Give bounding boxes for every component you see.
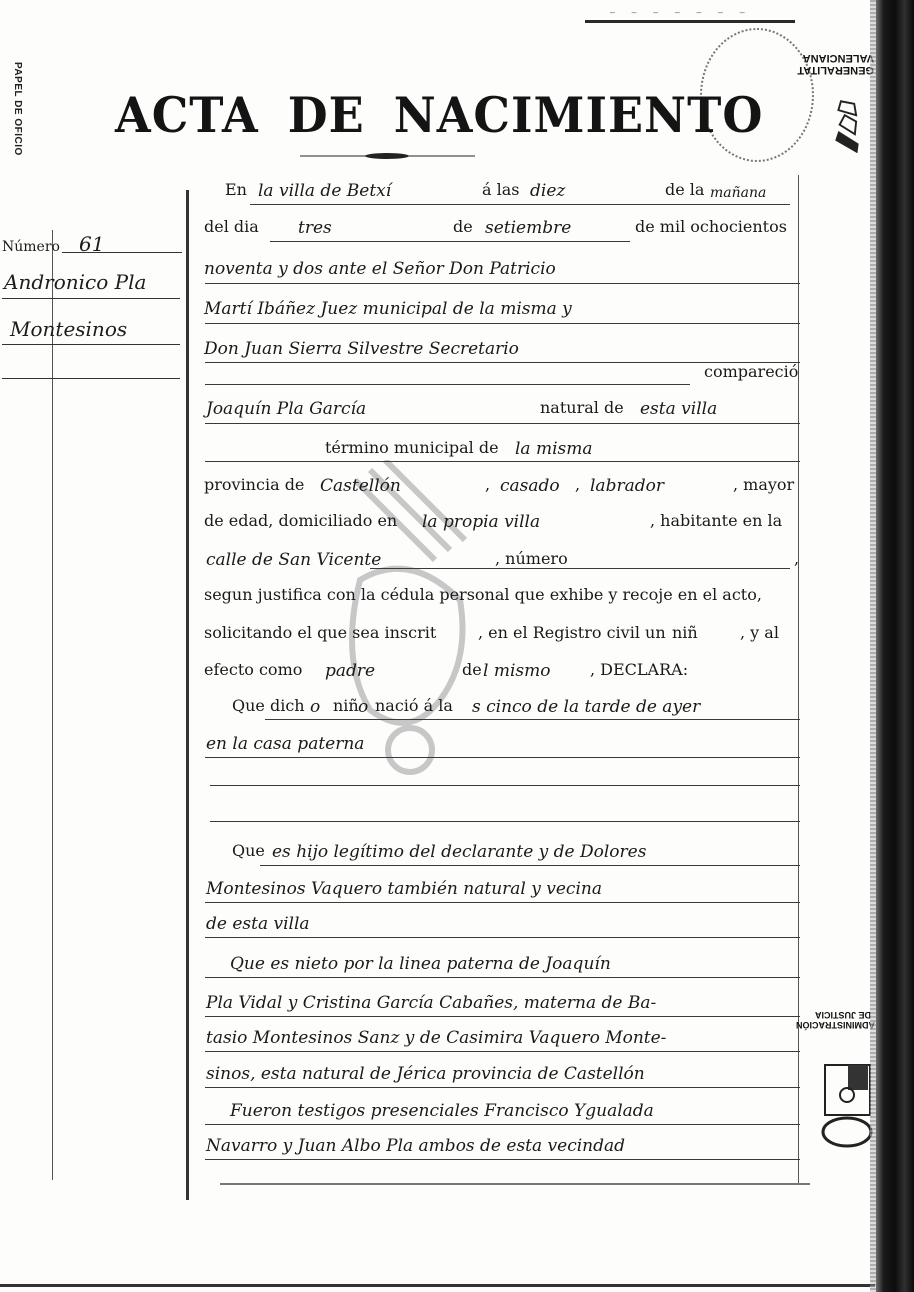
hw-place: la villa de Betxí — [258, 181, 391, 201]
text-solicitando: solicitando el que sea inscrit — [204, 623, 436, 642]
text-termino: término municipal de — [325, 438, 499, 457]
hw-suffix: o — [358, 697, 368, 717]
rule-18-blank — [210, 821, 800, 822]
text-natural-de: natural de — [540, 398, 624, 417]
text-del-dia: del dia — [204, 217, 259, 236]
hw-day: tres — [298, 218, 332, 238]
body-line-9: provincia de Castellón , casado , labrad… — [210, 470, 800, 500]
body-line-22: tasio Montesinos Sanz y de Casimira Vaqu… — [210, 1022, 800, 1052]
hw-text: noventa y dos ante el Señor Don Patricio — [204, 259, 556, 279]
generalitat-logo-icon — [818, 100, 874, 195]
rule-16 — [205, 757, 800, 758]
rule-4 — [205, 323, 800, 324]
body-line-17: Que es hijo legítimo del declarante y de… — [210, 836, 800, 866]
text-a-las: á las — [482, 180, 520, 199]
rule-24 — [205, 1124, 800, 1125]
hw-declarant: Joaquín Pla García — [206, 399, 366, 419]
text-efecto-como: efecto como — [204, 660, 302, 679]
birth-certificate-page: — — — — — — — PAPEL DE OFICIO ACTA DE NA… — [0, 0, 914, 1292]
hw-suffix: o — [310, 697, 320, 717]
body-line-23: sinos, esta natural de Jérica provincia … — [210, 1058, 800, 1088]
hw-month: setiembre — [485, 218, 571, 238]
body-line-1: En la villa de Betxí á las diez de la ma… — [210, 175, 800, 205]
hw-municipality: la misma — [515, 439, 593, 459]
body-line-12: segun justifica con la cédula personal q… — [210, 580, 800, 610]
rule-1 — [250, 204, 790, 205]
body-line-21: Pla Vidal y Cristina García Cabañes, mat… — [210, 987, 800, 1017]
body-line-25: Navarro y Juan Albo Pla ambos de esta ve… — [210, 1130, 800, 1160]
body-line-4: Martí Ibáñez Juez municipal de la misma … — [210, 293, 800, 323]
text-registro: , en el Registro civil un — [478, 623, 666, 642]
text-declara: , DECLARA: — [590, 660, 688, 679]
generalitat-stamp-text: GENERALITAT VALENCIANA — [818, 52, 874, 76]
hw-birth-time: s cinco de la tarde de ayer — [472, 697, 700, 717]
document-title: ACTA DE NACIMIENTO — [115, 87, 763, 144]
hw-maternal: tasio Montesinos Sanz y de Casimira Vaqu… — [206, 1028, 666, 1048]
text-nin: niñ — [672, 623, 698, 642]
rule-17 — [260, 865, 800, 866]
body-line-3: noventa y dos ante el Señor Don Patricio — [210, 253, 800, 283]
rule-8 — [205, 461, 800, 462]
rule-17-blank — [210, 785, 800, 786]
body-line-11: calle de San Vicente , número , — [210, 544, 800, 574]
side-label: PAPEL DE OFICIO — [12, 62, 23, 156]
comma: , — [794, 549, 799, 568]
justicia-stamp-text: ADMINISTRACIÓN DE JUSTICIA — [815, 1010, 875, 1030]
comma: , — [575, 475, 580, 494]
margin-rule — [52, 230, 53, 1180]
body-line-24: Fueron testigos presenciales Francisco Y… — [210, 1095, 800, 1125]
margin-divider — [2, 378, 180, 379]
hw-street: calle de San Vicente — [206, 550, 381, 570]
text-que: Que — [232, 841, 265, 860]
rule-2 — [270, 241, 630, 242]
numero-label: Número — [2, 239, 60, 255]
text-cedula: segun justifica con la cédula personal q… — [204, 585, 762, 604]
rule-19 — [205, 937, 800, 938]
name1-underline — [2, 298, 180, 299]
hw-hour: diez — [530, 181, 565, 201]
text-mil-ochocientos: de mil ochocientos — [635, 217, 787, 236]
body-line-14: efecto como padre de l mismo , DECLARA: — [210, 655, 800, 685]
text-en: En — [225, 180, 247, 199]
rule-15 — [265, 719, 800, 720]
hw-mother: Montesinos Vaquero también natural y vec… — [206, 879, 602, 899]
rule-11 — [370, 568, 790, 569]
page-bottom-rule — [0, 1284, 875, 1287]
margin-name-line1: Andronico Pla — [4, 270, 146, 294]
top-rule — [585, 20, 795, 23]
hw-text: Martí Ibáñez Juez municipal de la misma … — [204, 299, 572, 319]
binding-edge — [876, 0, 914, 1292]
rule-25 — [205, 1159, 800, 1160]
rule-18 — [205, 902, 800, 903]
body-line-6: compareció — [210, 357, 800, 387]
hw-witnesses: Fueron testigos presenciales Francisco Y… — [230, 1101, 654, 1121]
text-nin: niñ — [333, 696, 359, 715]
text-numero: , número — [495, 549, 568, 568]
form-left-border — [186, 190, 189, 1200]
title-ornament — [300, 152, 475, 160]
closing-rule — [220, 1183, 810, 1185]
hw-residence: de esta villa — [206, 914, 310, 934]
hw-witnesses-cont: Navarro y Juan Albo Pla ambos de esta ve… — [206, 1136, 625, 1156]
hw-civil-status: casado — [500, 476, 560, 496]
hw-province: Castellón — [320, 476, 401, 496]
hw-time-of-day: mañana — [710, 185, 766, 201]
body-line-7: Joaquín Pla García natural de esta villa — [210, 393, 800, 423]
body-line-19: de esta villa — [210, 908, 800, 938]
hw-relation: padre — [325, 661, 375, 681]
hw-birth-place: en la casa paterna — [206, 734, 364, 754]
hw-maternal-origin: sinos, esta natural de Jérica provincia … — [206, 1064, 645, 1084]
text-domiciliado: de edad, domiciliado en — [204, 511, 397, 530]
text-comparecio: compareció — [704, 362, 798, 381]
text-de: de — [453, 217, 473, 236]
body-line-2: del dia tres de setiembre de mil ochocie… — [210, 212, 800, 242]
comma: , — [485, 475, 490, 494]
text-de-la: de la — [665, 180, 704, 199]
rule-22 — [205, 1051, 800, 1052]
hw-profession: labrador — [590, 476, 664, 496]
body-line-20: Que es nieto por la linea paterna de Joa… — [210, 948, 800, 978]
rule-21 — [205, 1016, 800, 1017]
text-y-al: , y al — [740, 623, 779, 642]
body-line-8: término municipal de la misma — [210, 433, 800, 463]
text-provincia: provincia de — [204, 475, 304, 494]
hw-origin: esta villa — [640, 399, 717, 419]
body-line-15: Que dich o niñ o nació á la s cinco de l… — [210, 691, 800, 721]
top-dashes: — — — — — — — — [610, 8, 751, 17]
hw-paternal: Que es nieto por la linea paterna de Joa… — [230, 954, 611, 974]
text-mayor: , mayor — [733, 475, 794, 494]
rule-23 — [205, 1087, 800, 1088]
text-habitante: , habitante en la — [650, 511, 782, 530]
numero-underline — [62, 252, 182, 253]
hw-parentage: es hijo legítimo del declarante y de Dol… — [272, 842, 646, 862]
name2-underline — [2, 344, 180, 345]
rule-3 — [205, 283, 800, 284]
hw-text: Don Juan Sierra Silvestre Secretario — [204, 339, 519, 359]
body-line-10: de edad, domiciliado en la propia villa … — [210, 506, 800, 536]
body-line-13: solicitando el que sea inscrit , en el R… — [210, 618, 800, 648]
rule-7 — [205, 423, 800, 424]
hw-domicile: la propia villa — [422, 512, 540, 532]
text-de: de — [462, 660, 482, 679]
text-que-dich: Que dich — [232, 696, 305, 715]
body-line-16: en la casa paterna — [210, 728, 800, 758]
justicia-crest-icon — [820, 1060, 875, 1150]
hw-grandparents: Pla Vidal y Cristina García Cabañes, mat… — [206, 993, 656, 1013]
rule-6 — [205, 384, 690, 385]
margin-name-line2: Montesinos — [10, 317, 127, 341]
rule-20 — [205, 977, 800, 978]
body-line-18: Montesinos Vaquero también natural y vec… — [210, 873, 800, 903]
hw-relation-object: l mismo — [483, 661, 550, 681]
text-nacio: nació á la — [375, 696, 453, 715]
